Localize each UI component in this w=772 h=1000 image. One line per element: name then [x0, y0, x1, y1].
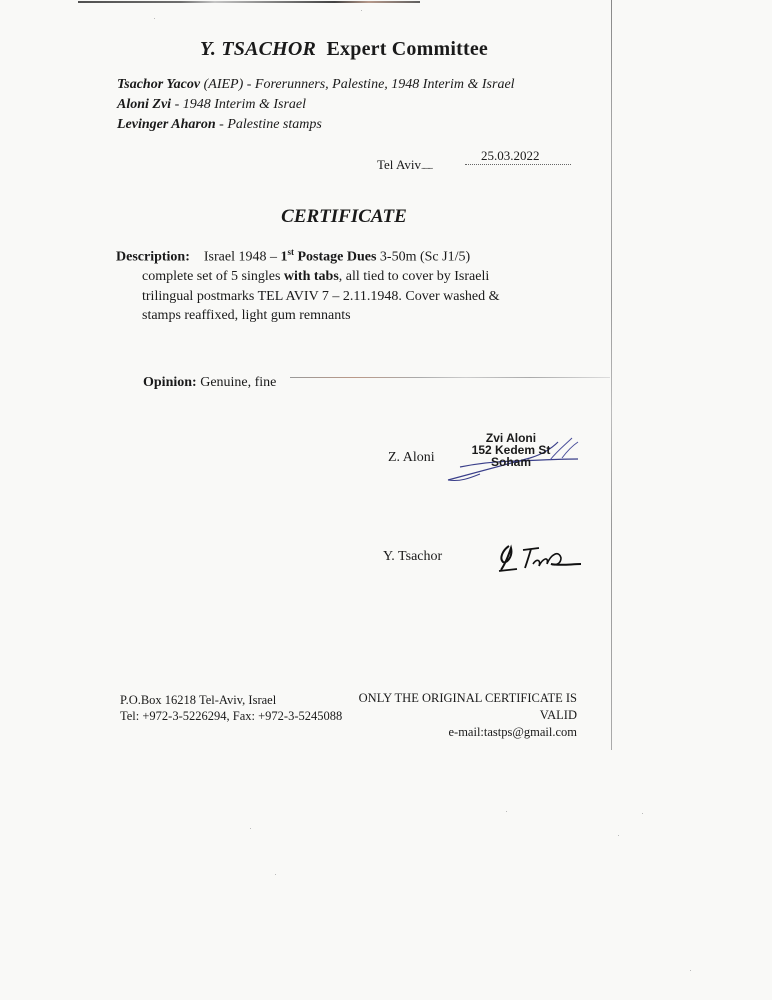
place-dots: .........: [421, 161, 432, 171]
stamp-line: Soham: [470, 456, 552, 468]
member-name: Tsachor Yacov: [117, 77, 200, 92]
scan-speck: [250, 828, 251, 829]
footer-validity: ONLY THE ORIGINAL CERTIFICATE IS VALID e…: [330, 690, 577, 741]
footer-contact: P.O.Box 16218 Tel-Aviv, Israel Tel: +972…: [120, 692, 342, 724]
footer-validity-note: ONLY THE ORIGINAL CERTIFICATE IS VALID: [330, 690, 577, 724]
date-dotted-line: [465, 164, 571, 165]
footer-email: e-mail:tastps@gmail.com: [330, 724, 577, 741]
issue-place: Tel Aviv.........: [377, 157, 432, 173]
signatory-aloni-name: Z. Aloni: [388, 450, 435, 466]
issue-date: 25.03.2022: [481, 148, 540, 164]
description-line-2: complete set of 5 singles with tabs, all…: [116, 267, 576, 287]
certificate-title: CERTIFICATE: [0, 206, 688, 228]
member-row: Tsachor Yacov (AIEP) - Forerunners, Pale…: [117, 75, 515, 95]
scan-speck: [361, 10, 362, 11]
scan-speck: [275, 874, 276, 875]
member-row: Aloni Zvi - 1948 Interim & Israel: [117, 95, 515, 115]
scan-speck: [506, 811, 507, 812]
scan-right-edge: [611, 0, 612, 750]
description-line-1: Description: Israel 1948 – 1st Postage D…: [116, 243, 576, 267]
description-block: Description: Israel 1948 – 1st Postage D…: [116, 243, 576, 326]
signature-tsachor: [495, 540, 585, 576]
scan-speck: [690, 970, 691, 971]
issue-place-text: Tel Aviv: [377, 157, 421, 172]
address-stamp: Zvi Aloni 152 Kedem St Soham: [470, 432, 552, 468]
committee-title: Y. TSACHOR Expert Committee: [0, 38, 688, 61]
committee-title-suffix: Expert Committee: [327, 38, 488, 60]
committee-members: Tsachor Yacov (AIEP) - Forerunners, Pale…: [117, 75, 515, 135]
description-label: Description:: [116, 250, 190, 265]
footer-phone: Tel: +972-3-5226294, Fax: +972-3-5245088: [120, 708, 342, 724]
member-name: Levinger Aharon: [117, 117, 216, 132]
opinion: Opinion: Genuine, fine: [143, 375, 276, 391]
description-line-3: trilingual postmarks TEL AVIV 7 – 2.11.1…: [116, 287, 576, 307]
committee-title-name: Y. TSACHOR: [200, 38, 316, 60]
scan-speck: [618, 835, 619, 836]
opinion-rule: [290, 377, 610, 378]
scan-speck: [154, 18, 155, 19]
opinion-value: Genuine, fine: [200, 375, 276, 390]
member-specialty: - 1948 Interim & Israel: [171, 97, 306, 112]
description-line-4: stamps reaffixed, light gum remnants: [116, 306, 576, 326]
footer-address: P.O.Box 16218 Tel-Aviv, Israel: [120, 692, 342, 708]
signatory-tsachor-name: Y. Tsachor: [383, 549, 442, 565]
member-specialty: - Forerunners, Palestine, 1948 Interim &…: [243, 77, 514, 92]
member-row: Levinger Aharon - Palestine stamps: [117, 115, 515, 135]
member-specialty: - Palestine stamps: [216, 117, 322, 132]
member-name: Aloni Zvi: [117, 97, 171, 112]
opinion-label: Opinion:: [143, 375, 197, 390]
scan-speck: [642, 813, 643, 814]
member-affiliation: (AIEP): [204, 77, 244, 92]
scan-top-rule: [78, 1, 420, 3]
